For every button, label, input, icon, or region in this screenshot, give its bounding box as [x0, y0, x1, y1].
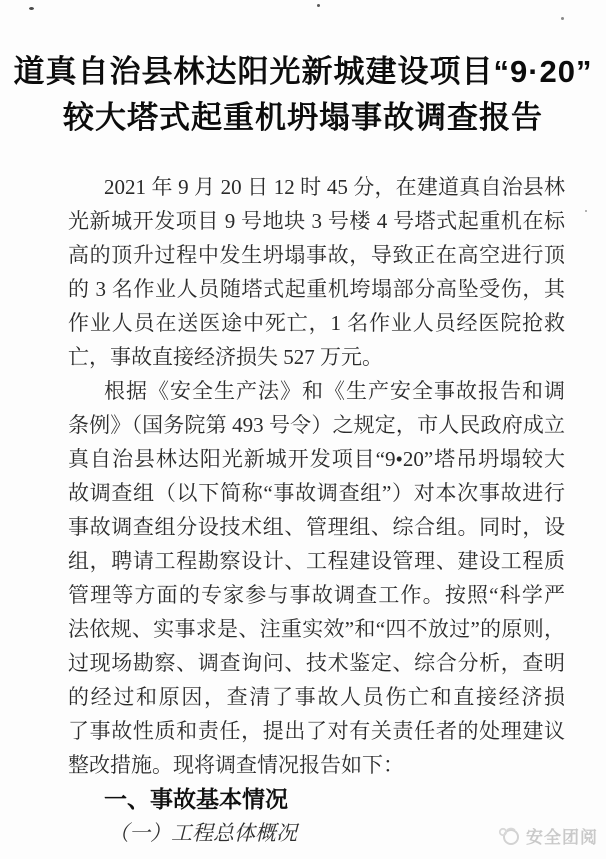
watermark-text: 安全团阅	[526, 823, 598, 848]
body-line: 作业人员在送医途中死亡，1 名作业人员经医院抢救无效死	[68, 306, 565, 340]
body-line: 亡，事故直接经济损失 527 万元。	[68, 340, 565, 374]
body-line: 法依规、实事求是、注重实效”和“四不放过”的原则，通	[68, 612, 565, 646]
report-title: 道真自治县林达阳光新城建设项目“9·20” 较大塔式起重机坍塌事故调查报告	[0, 49, 606, 141]
body-line: 高的顶升过程中发生坍塌事故，导致正在高空进行顶升作业	[68, 238, 565, 272]
body-line: 光新城开发项目 9 号地块 3 号楼 4 号塔式起重机在标准节接	[68, 204, 565, 238]
body-line: 故调查组（以下简称“事故调查组”）对本次事故进行调查。	[68, 476, 565, 510]
body-line: 真自治县林达阳光新城开发项目“9•20”塔吊坍塌较大事	[68, 442, 565, 476]
body-line: 事故调查组分设技术组、管理组、综合组。同时，设立专家	[68, 510, 565, 544]
body-line: 管理等方面的专家参与事故调查工作。按照“科学严谨、依	[68, 578, 565, 612]
body-line: 的 3 名作业人员随塔式起重机垮塌部分高坠受伤，其中 2 名	[68, 272, 565, 306]
watermark-logo-icon	[497, 826, 521, 846]
body-line: 的经过和原因，查清了事故人员伤亡和直接经济损失，认定	[68, 680, 565, 714]
report-title-line-2: 较大塔式起重机坍塌事故调查报告	[0, 95, 606, 141]
body-line: 条例》（国务院第 493 号令）之规定，市人民政府成立了道	[68, 408, 565, 442]
body-line: 根据《安全生产法》和《生产安全事故报告和调查处理	[68, 374, 565, 408]
scan-speck	[585, 210, 587, 212]
body-line: 了事故性质和责任，提出了对有关责任者的处理建议和防范	[68, 714, 565, 748]
body-line: 2021 年 9 月 20 日 12 时 45 分，在建道真自治县林达阳	[68, 170, 565, 204]
subsection-heading-1-1: （一）工程总体概况	[68, 816, 565, 850]
watermark: 安全团阅	[497, 823, 598, 848]
section-heading-1: 一、事故基本情况	[68, 782, 565, 816]
report-body: 2021 年 9 月 20 日 12 时 45 分，在建道真自治县林达阳 光新城…	[68, 170, 565, 850]
document-page: 道真自治县林达阳光新城建设项目“9·20” 较大塔式起重机坍塌事故调查报告 20…	[0, 0, 606, 859]
body-line: 整改措施。现将调查情况报告如下：	[68, 748, 565, 782]
body-line: 过现场勘察、调查询问、技术鉴定、综合分析，查明了事故	[68, 646, 565, 680]
body-line: 组，聘请工程勘察设计、工程建设管理、建设工程质量安全	[68, 544, 565, 578]
scan-speck	[29, 7, 34, 10]
report-title-line-1: 道真自治县林达阳光新城建设项目“9·20”	[0, 49, 606, 95]
scan-speck	[317, 4, 320, 7]
scan-speck	[561, 17, 564, 20]
